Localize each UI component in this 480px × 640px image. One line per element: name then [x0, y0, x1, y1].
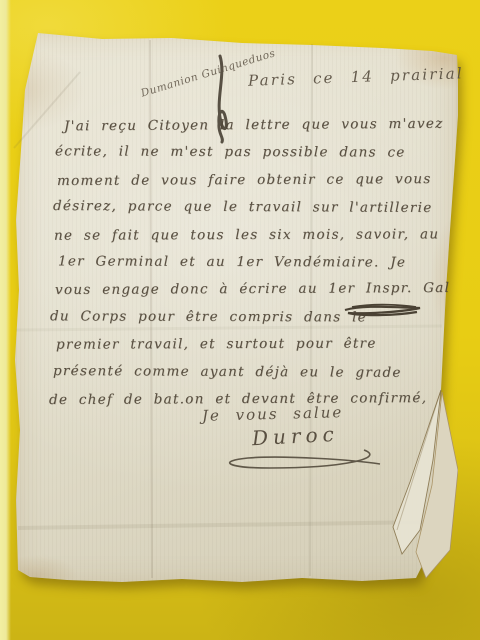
body-line: J'ai reçu Citoyen la lettre que vous m'a…	[64, 111, 448, 141]
dateline: Paris ce 14 prairial	[248, 64, 464, 90]
body-line: vous engage donc à écrire au 1er Inspr. …	[55, 275, 448, 304]
body-line: présenté comme ayant déjà eu le grade	[53, 357, 448, 386]
letter-body: J'ai reçu Citoyen la lettre que vous m'a…	[46, 112, 448, 413]
letter-paper-group: Dumanion Guinqueduos Paris ce 14 prairia…	[12, 30, 458, 586]
body-line: du Corps pour être compris dans le	[50, 303, 448, 332]
body-line: désirez, parce que le travail sur l'arti…	[53, 193, 448, 222]
body-line: 1er Germinal et au 1er Vendémiaire. Je	[58, 248, 448, 277]
signature: Duroc	[251, 422, 339, 451]
body-line: premier travail, et surtout pour être	[56, 330, 448, 359]
photo-background: Dumanion Guinqueduos Paris ce 14 prairia…	[0, 0, 480, 640]
body-line: ne se fait que tous les six mois, savoir…	[54, 221, 448, 250]
background-edge-strip	[0, 0, 11, 640]
body-line: écrite, il ne m'est pas possible dans ce	[55, 139, 448, 168]
handwriting-layer: Dumanion Guinqueduos Paris ce 14 prairia…	[12, 30, 458, 586]
body-line: moment de vous faire obtenir ce que vous	[57, 166, 448, 195]
